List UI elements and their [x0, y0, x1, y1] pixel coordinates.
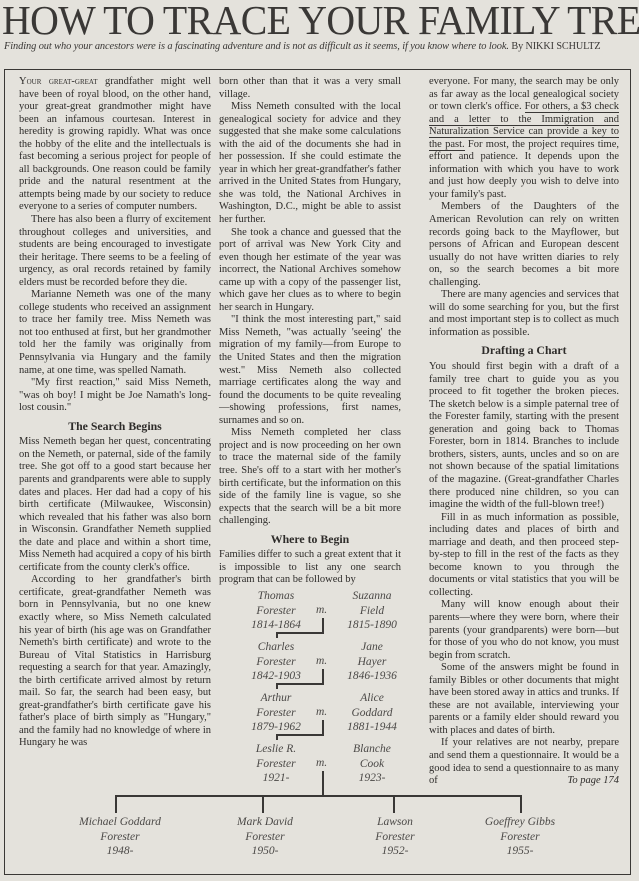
- marriage-mark: m.: [316, 655, 327, 667]
- given-name: Blanche: [332, 742, 412, 757]
- tree-connector: [276, 734, 324, 736]
- surname: Hayer: [332, 655, 412, 670]
- paragraph: Fill in as much information as possible,…: [429, 512, 619, 600]
- tree-connector: [262, 795, 264, 813]
- paragraph: Some of the answers might be found in fa…: [429, 662, 619, 737]
- tree-child: Goeffrey Gibbs Forester 1955-: [465, 815, 575, 859]
- tree-husband: Arthur Forester 1879-1962: [236, 691, 316, 735]
- paragraph: Miss Nemeth began her quest, concentrati…: [19, 436, 211, 574]
- deck-text: Finding out who your ancestors were is a…: [4, 41, 509, 52]
- life-dates: 1950-: [220, 844, 310, 859]
- life-dates: 1814-1864: [236, 618, 316, 633]
- paragraph: She took a chance and guessed that the p…: [219, 227, 401, 315]
- marriage-mark: m.: [316, 604, 327, 616]
- paragraph: There are many agencies and services tha…: [429, 289, 619, 339]
- marriage-mark: m.: [316, 706, 327, 718]
- column-1: Your great-great grandfather might well …: [19, 76, 211, 750]
- given-name: Suzanna: [332, 589, 412, 604]
- paragraph: born other than that it was a very small…: [219, 76, 401, 101]
- surname: Forester: [236, 757, 316, 772]
- tree-connector: [322, 669, 324, 684]
- tree-connector: [276, 632, 278, 638]
- given-name: Charles: [236, 640, 316, 655]
- surname: Forester: [465, 830, 575, 845]
- given-name: Lawson: [350, 815, 440, 830]
- surname: Forester: [220, 830, 310, 845]
- paragraph: Members of the Daughters of the American…: [429, 201, 619, 289]
- paragraph: Your great-great grandfather might well …: [19, 76, 211, 214]
- tree-connector: [276, 734, 278, 740]
- given-name: Jane: [332, 640, 412, 655]
- tree-husband: Charles Forester 1842-1903: [236, 640, 316, 684]
- paragraph: Marianne Nemeth was one of the many coll…: [19, 289, 211, 377]
- tree-wife: Suzanna Field 1815-1890: [332, 589, 412, 633]
- paragraph: Families differ to such a great extent t…: [219, 549, 401, 587]
- tree-connector: [322, 618, 324, 633]
- tree-connector: [520, 795, 522, 813]
- tree-connector: [115, 795, 117, 813]
- life-dates: 1815-1890: [332, 618, 412, 633]
- paragraph-text: grandfather might well have been of roya…: [19, 76, 211, 212]
- children-bar: [419, 795, 521, 797]
- tree-connector: [276, 683, 278, 689]
- marriage-mark: m.: [316, 757, 327, 769]
- given-name: Thomas: [236, 589, 316, 604]
- life-dates: 1879-1962: [236, 720, 316, 735]
- given-name: Alice: [332, 691, 412, 706]
- given-name: Michael Goddard: [65, 815, 175, 830]
- paragraph: Miss Nemeth consulted with the local gen…: [219, 101, 401, 226]
- tree-child: Michael Goddard Forester 1948-: [65, 815, 175, 859]
- paragraph: If your relatives are not nearby, prepar…: [429, 737, 619, 787]
- surname: Goddard: [332, 706, 412, 721]
- given-name: Goeffrey Gibbs: [465, 815, 575, 830]
- tree-connector: [276, 683, 324, 685]
- column-3: everyone. For many, the search may be on…: [429, 76, 619, 788]
- life-dates: 1955-: [465, 844, 575, 859]
- paragraph: There has also been a flurry of exciteme…: [19, 214, 211, 289]
- life-dates: 1921-: [236, 771, 316, 786]
- byline: By NIKKI SCHULTZ: [511, 41, 600, 52]
- tree-husband: Leslie R. Forester 1921-: [236, 742, 316, 786]
- paragraph: According to her grandfather's birth cer…: [19, 574, 211, 750]
- surname: Field: [332, 604, 412, 619]
- article-deck: Finding out who your ancestors were is a…: [4, 41, 639, 52]
- lead-in: Your great-great: [19, 76, 97, 87]
- given-name: Arthur: [236, 691, 316, 706]
- tree-husband: Thomas Forester 1814-1864: [236, 589, 316, 633]
- column-2: born other than that it was a very small…: [219, 76, 401, 587]
- surname: Forester: [350, 830, 440, 845]
- tree-child: Lawson Forester 1952-: [350, 815, 440, 859]
- tree-connector: [276, 632, 324, 634]
- life-dates: 1846-1936: [332, 669, 412, 684]
- tree-connector: [322, 771, 324, 796]
- paragraph: Many will know enough about their parent…: [429, 599, 619, 662]
- tree-wife: Blanche Cook 1923-: [332, 742, 412, 786]
- tree-wife: Alice Goddard 1881-1944: [332, 691, 412, 735]
- article-title: HOW TO TRACE YOUR FAMILY TREE: [2, 0, 619, 44]
- tree-child: Mark David Forester 1950-: [220, 815, 310, 859]
- surname: Forester: [65, 830, 175, 845]
- paragraph: everyone. For many, the search may be on…: [429, 76, 619, 201]
- section-heading: The Search Begins: [19, 420, 211, 433]
- surname: Cook: [332, 757, 412, 772]
- given-name: Leslie R.: [236, 742, 316, 757]
- surname: Forester: [236, 604, 316, 619]
- life-dates: 1948-: [65, 844, 175, 859]
- life-dates: 1952-: [350, 844, 440, 859]
- life-dates: 1842-1903: [236, 669, 316, 684]
- continued-link[interactable]: To page 174: [555, 775, 619, 788]
- surname: Forester: [236, 655, 316, 670]
- paragraph: You should first begin with a draft of a…: [429, 361, 619, 512]
- tree-connector: [322, 720, 324, 735]
- tree-connector: [393, 795, 395, 813]
- tree-wife: Jane Hayer 1846-1936: [332, 640, 412, 684]
- paragraph: "My first reaction," said Miss Nemeth, "…: [19, 377, 211, 415]
- children-bar: [115, 795, 419, 797]
- given-name: Mark David: [220, 815, 310, 830]
- paragraph: "I think the most interesting part," sai…: [219, 314, 401, 427]
- section-heading: Where to Begin: [219, 533, 401, 546]
- paragraph: Miss Nemeth completed her class project …: [219, 427, 401, 527]
- life-dates: 1881-1944: [332, 720, 412, 735]
- surname: Forester: [236, 706, 316, 721]
- section-heading: Drafting a Chart: [429, 344, 619, 357]
- life-dates: 1923-: [332, 771, 412, 786]
